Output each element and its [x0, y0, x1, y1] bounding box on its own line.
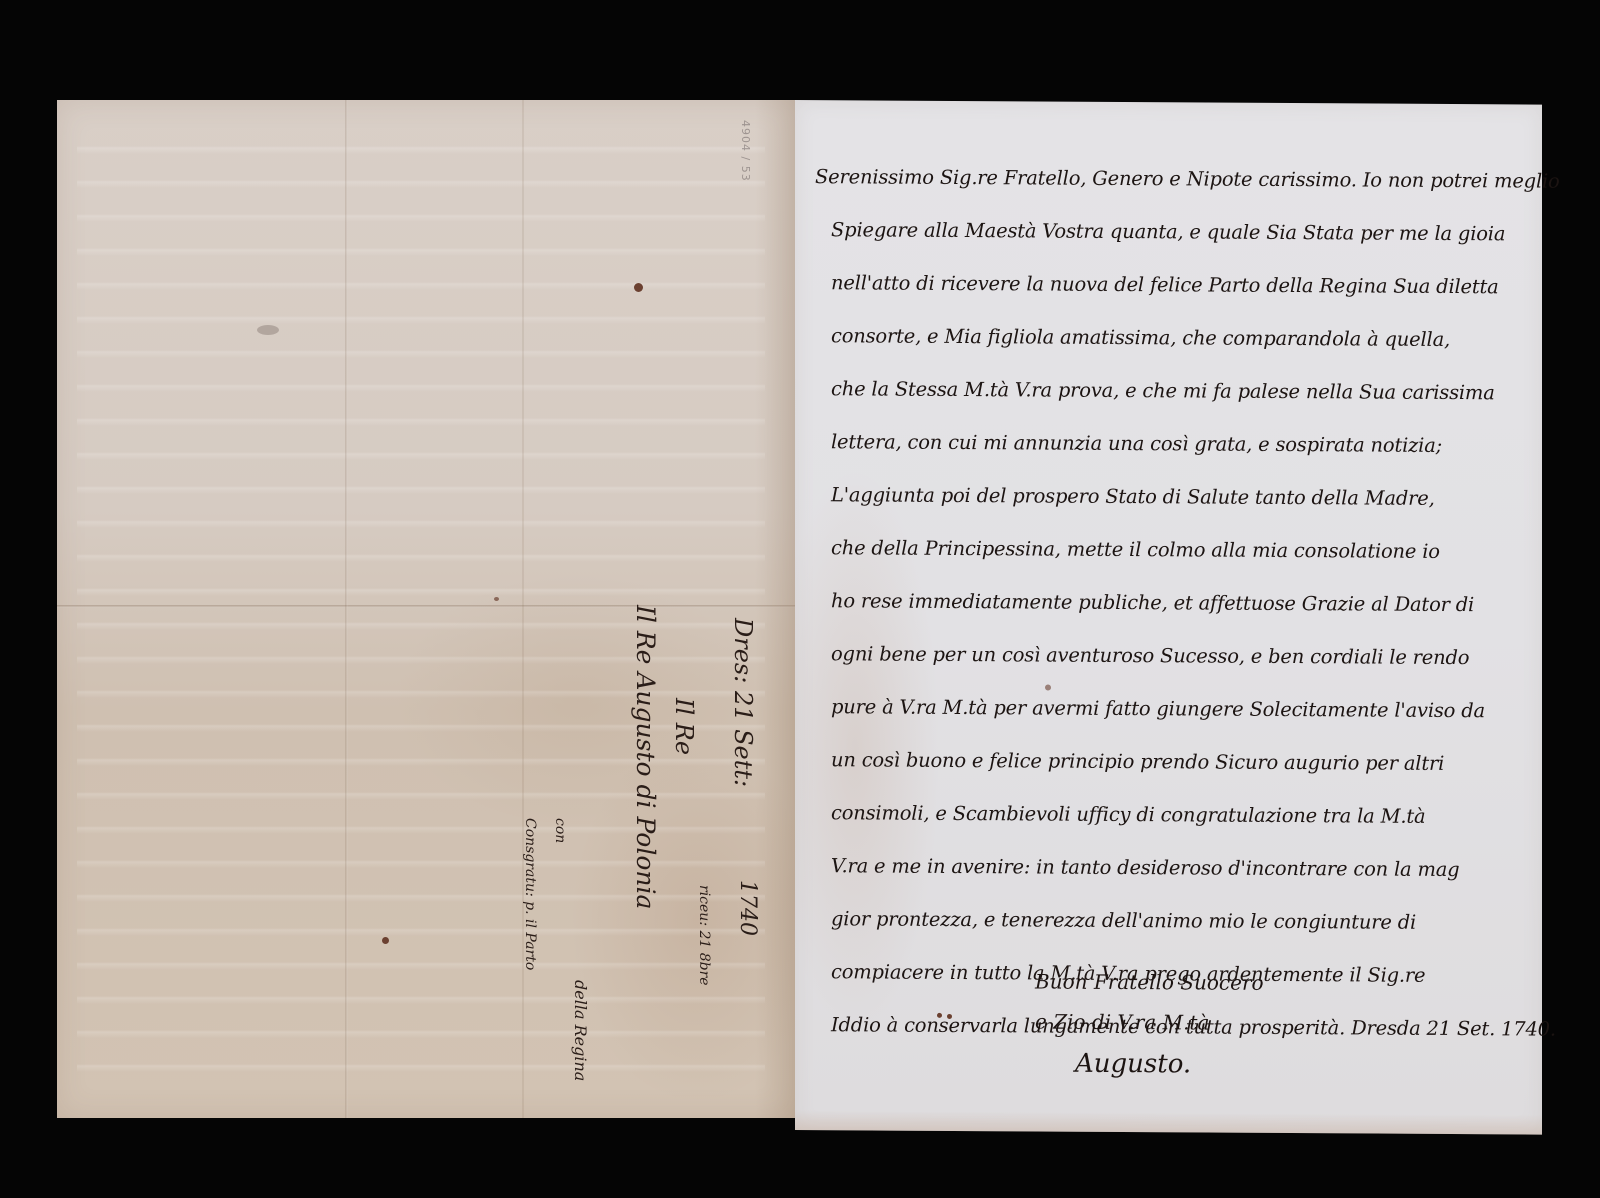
letter-line: ho rese immediatamente publiche, et affe…	[815, 574, 1535, 631]
letter-line: che della Principessina, mette il colmo …	[815, 521, 1535, 578]
ink-stain	[947, 1014, 952, 1019]
docket-subject-end: della Regina	[571, 980, 590, 1081]
ink-stain	[1045, 685, 1051, 691]
closing-relation: e Zio di V.ra M.tà	[1035, 1001, 1264, 1042]
letter-line: V.ra e me in avenire: in tanto desideros…	[815, 839, 1535, 896]
letter-line: consorte, e Mia figliola amatissima, che…	[815, 309, 1535, 366]
letter-line: gior prontezza, e tenerezza dell'animo m…	[815, 892, 1535, 949]
ink-stain	[494, 597, 499, 601]
letter-recto-sheet: Serenissimo Sig.re Fratello, Genero e Ni…	[795, 100, 1542, 1135]
ink-stain	[634, 283, 643, 292]
water-stain	[257, 325, 279, 335]
letter-line: Spiegare alla Maestà Vostra quanta, e qu…	[815, 203, 1535, 260]
docket-subject-con: con	[552, 818, 568, 843]
ink-stain	[382, 937, 389, 944]
closing-salutation: Buon Fratello Suocero	[1035, 961, 1264, 1002]
signature: Augusto.	[1075, 1042, 1264, 1087]
letter-line: un così buono e felice principio prendo …	[815, 733, 1535, 790]
letter-closing: Buon Fratello Suocero e Zio di V.ra M.tà…	[1035, 961, 1264, 1086]
letter-line: consimoli, e Scambievoli ufficy di congr…	[815, 786, 1535, 843]
paper-edge-tint	[795, 1110, 1542, 1135]
letter-line: che la Stessa M.tà V.ra prova, e che mi …	[815, 362, 1535, 419]
letter-line: ogni bene per un così aventuroso Sucesso…	[815, 627, 1535, 684]
photo-stage: 4904 / 53 Dres: 21 Sett: 1740 Il Re rice…	[0, 0, 1600, 1198]
letter-verso-sheet	[57, 100, 795, 1118]
letter-body: Serenissimo Sig.re Fratello, Genero e Ni…	[815, 150, 1535, 1055]
vertical-fold-crease	[345, 100, 348, 1118]
docket-sender-name: Il Re Augusto di Polonia	[631, 605, 660, 909]
center-fold-shadow	[755, 100, 795, 1118]
docket-year: 1740	[735, 880, 760, 936]
docket-received-note: riceu: 21 8bre	[696, 885, 712, 986]
letter-line: nell'atto di ricevere la nuova del felic…	[815, 256, 1535, 313]
ink-stain	[937, 1013, 942, 1018]
letter-line: L'aggiunta poi del prospero Stato di Sal…	[815, 468, 1535, 525]
letter-line: Serenissimo Sig.re Fratello, Genero e Ni…	[815, 150, 1535, 207]
docket-date-line: Dres: 21 Sett:	[729, 618, 757, 787]
horizontal-fold-crease	[57, 605, 795, 608]
archive-number: 4904 / 53	[739, 120, 752, 182]
letter-line: pure à V.ra M.tà per avermi fatto giunge…	[815, 680, 1535, 737]
docket-sender-title: Il Re	[670, 698, 698, 755]
docket-subject: Consgratu: p. il Parto	[522, 818, 538, 970]
letter-line: lettera, con cui mi annunzia una così gr…	[815, 415, 1535, 472]
